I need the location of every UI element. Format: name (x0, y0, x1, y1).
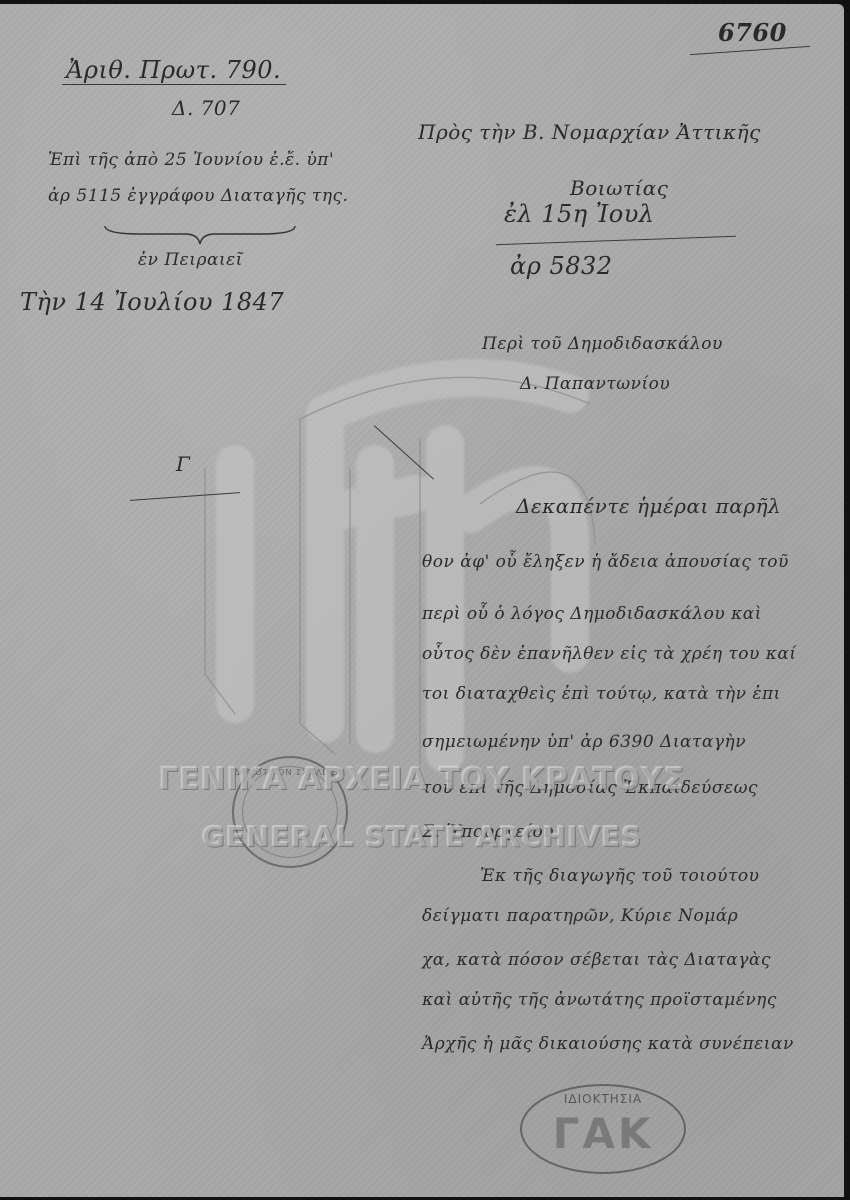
protocol-flourish-rule (62, 84, 286, 85)
body-line-11: χα, κατὰ πόσον σέβεται τὰς Διαταγὰς (422, 950, 771, 970)
body-line-10: δείγματι παρατηρῶν, Κύριε Νομάρ (422, 906, 738, 926)
document-page: Ἀριθ. Πρωτ. 790. Δ. 707 Ἐπὶ τῆς ἀπὸ 25 Ἰ… (0, 4, 844, 1197)
body-line-2: θον ἀφ' οὗ ἔληξεν ἡ ἄδεια ἀπουσίας τοῦ (422, 552, 789, 572)
reference-line-2: ἀρ 5115 ἐγγράφου Διαταγῆς της. (48, 186, 348, 206)
received-number: ἀρ 5832 (510, 252, 613, 280)
oval-stamp-label: ΙΔΙΟΚΤΗΣΙΑ (522, 1092, 684, 1106)
body-line-12: καὶ αὐτῆς τῆς ἀνωτάτης προϊσταμένης (422, 990, 777, 1010)
subject-line-2: Δ. Παπαντωνίου (520, 374, 670, 394)
received-divider (496, 236, 736, 245)
sub-number: Δ. 707 (172, 96, 240, 120)
archive-watermark-greek: ΓΕΝΙΚΑ ΑΡΧΕΙΑ ΤΟΥ ΚΡΑΤΟΥΣ (0, 762, 844, 797)
subject-line-1: Περὶ τοῦ Δημοδιδασκάλου (482, 334, 723, 354)
scan-border-right (844, 0, 850, 1200)
oval-stamp-monogram: ΓΑΚ (522, 1112, 684, 1156)
marginal-mark: Γ (176, 452, 190, 476)
protocol-number: Ἀριθ. Πρωτ. 790. (66, 56, 281, 84)
body-line-4: οὗτος δὲν ἐπανῆλθεν εἰς τὰ χρέη του καί (422, 644, 797, 664)
addressee-line-2: Βοιωτίας (570, 176, 669, 200)
body-line-9: Ἐκ τῆς διαγωγῆς τοῦ τοιούτου (480, 866, 759, 886)
date: Τὴν 14 Ἰουλίου 1847 (20, 288, 284, 316)
file-number: 6760 (718, 18, 787, 47)
body-line-6: σημειωμένην ὑπ' ἀρ 6390 Διαταγὴν (422, 732, 746, 752)
place: ἐν Πειραιεῖ (138, 250, 243, 270)
file-number-underline (690, 46, 810, 55)
brace-flourish (100, 222, 300, 252)
body-line-1: Δεκαπέντε ἡμέραι παρῆλ (516, 494, 781, 518)
body-line-13: Ἀρχῆς ἡ μᾶς δικαιούσης κατὰ συνέπειαν (422, 1034, 794, 1054)
reference-line-1: Ἐπὶ τῆς ἀπὸ 25 Ἰουνίου ἐ.ἔ. ὑπ' (48, 150, 334, 170)
addressee-line-1: Πρὸς τὴν Β. Νομαρχίαν Ἀττικῆς (418, 120, 761, 144)
body-line-5: τοι διαταχθεὶς ἐπὶ τούτῳ, κατὰ τὴν ἐπι (422, 684, 781, 704)
archive-watermark-english: GENERAL STATE ARCHIVES (0, 820, 844, 853)
body-line-3: περὶ οὗ ὁ λόγος Δημοδιδασκάλου καὶ (422, 604, 762, 624)
received-date: ἐλ 15η Ἰουλ (504, 200, 655, 228)
oval-ownership-stamp: ΙΔΙΟΚΤΗΣΙΑ ΓΑΚ (520, 1084, 686, 1174)
